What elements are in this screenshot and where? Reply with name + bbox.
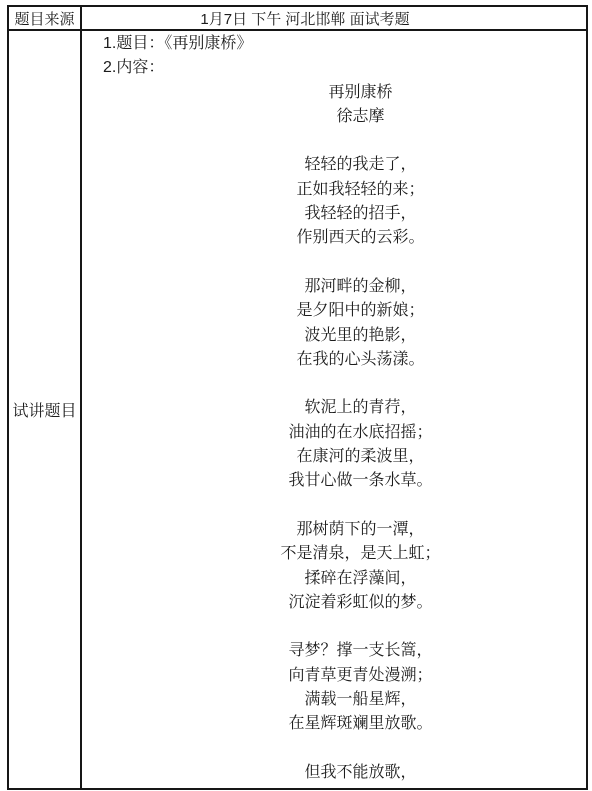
content-cell: 1.题目：《再别康桥》 2.内容： 再别康桥 徐志摩 轻轻的我走了，正如我轻轻的… (82, 31, 586, 788)
poem-line: 向青草更青处漫溯； (143, 664, 578, 688)
poem-line: 软泥上的青荇， (143, 396, 578, 420)
poem-line: 轻轻的我走了， (143, 153, 578, 177)
poem-line: 在康河的柔波里， (143, 445, 578, 469)
poem-line: 波光里的艳影， (143, 324, 578, 348)
poem-line: 我甘心做一条水草。 (143, 469, 578, 493)
poem-line: 我轻轻的招手， (143, 202, 578, 226)
source-label: 题目来源 (14, 8, 74, 29)
poem-line: 寻梦？撑一支长篙， (143, 639, 578, 663)
poem-title: 再别康桥 (143, 81, 578, 105)
exam-question-table: 题目来源 1月7日 下午 河北邯郸 面试考题 试讲题目 1.题目：《再别康桥》 … (7, 5, 588, 790)
poem-line: 作别西天的云彩。 (143, 226, 578, 250)
poem-stanza: 轻轻的我走了，正如我轻轻的来；我轻轻的招手，作别西天的云彩。 (143, 153, 578, 250)
source-label-cell: 题目来源 (9, 7, 82, 31)
source-value-cell: 1月7日 下午 河北邯郸 面试考题 (82, 7, 586, 31)
poem: 再别康桥 徐志摩 轻轻的我走了，正如我轻轻的来；我轻轻的招手，作别西天的云彩。那… (103, 81, 578, 786)
poem-line: 是夕阳中的新娘； (143, 299, 578, 323)
poem-line: 沉淀着彩虹似的梦。 (143, 591, 578, 615)
poem-line: 在我的心头荡漾。 (143, 348, 578, 372)
poem-line: 那河畔的金柳， (143, 275, 578, 299)
poem-line: 那树荫下的一潭， (143, 518, 578, 542)
poem-line: 揉碎在浮藻间， (143, 567, 578, 591)
source-value: 1月7日 下午 河北邯郸 面试考题 (200, 8, 409, 29)
poem-stanza: 软泥上的青荇，油油的在水底招摇；在康河的柔波里，我甘心做一条水草。 (143, 396, 578, 493)
poem-stanza: 那树荫下的一潭，不是清泉，是天上虹；揉碎在浮藻间，沉淀着彩虹似的梦。 (143, 518, 578, 615)
content-item-title: 1.题目：《再别康桥》 (103, 32, 578, 56)
poem-stanza: 但我不能放歌， (143, 761, 578, 785)
poem-stanza: 那河畔的金柳，是夕阳中的新娘；波光里的艳影，在我的心头荡漾。 (143, 275, 578, 372)
content-item-body: 2.内容： (103, 56, 578, 80)
poem-line: 不是清泉，是天上虹； (143, 542, 578, 566)
poem-line: 油油的在水底招摇； (143, 421, 578, 445)
poem-author: 徐志摩 (143, 105, 578, 129)
poem-stanza: 寻梦？撑一支长篙，向青草更青处漫溯；满载一船星辉，在星辉斑斓里放歌。 (143, 639, 578, 736)
poem-line: 正如我轻轻的来； (143, 178, 578, 202)
poem-line: 在星辉斑斓里放歌。 (143, 712, 578, 736)
poem-line: 但我不能放歌， (143, 761, 578, 785)
topic-label-cell: 试讲题目 (9, 31, 82, 788)
topic-label: 试讲题目 (12, 398, 76, 421)
poem-line: 满载一船星辉， (143, 688, 578, 712)
